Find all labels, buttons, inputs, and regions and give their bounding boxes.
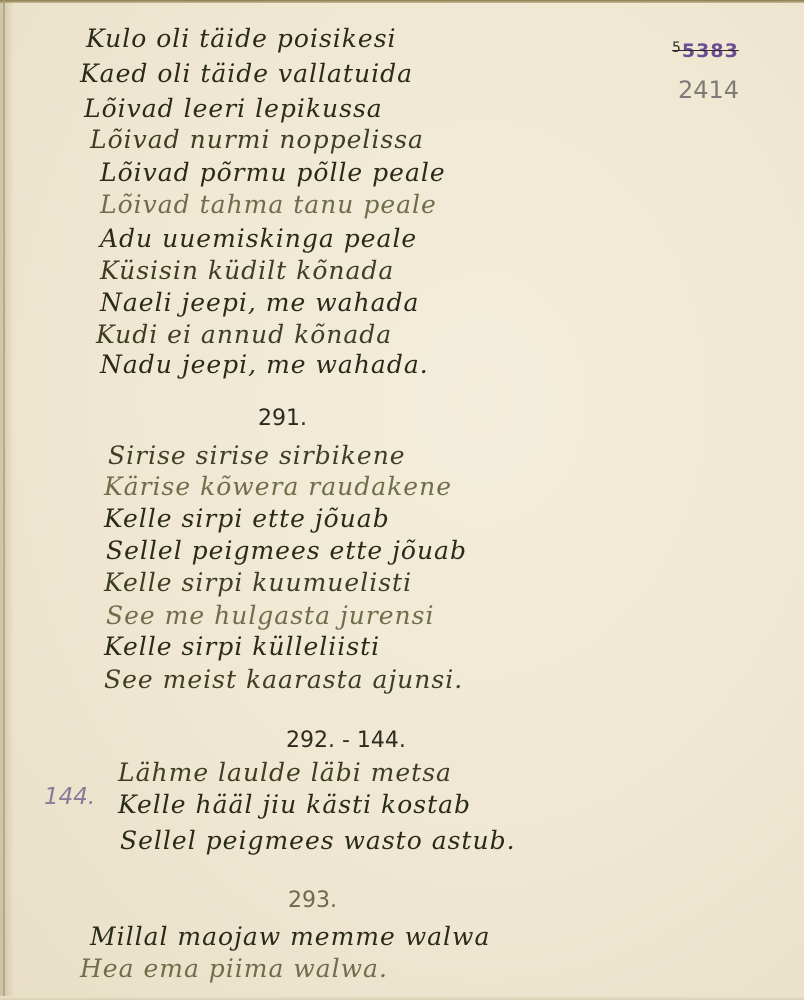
page-bottom-edge: [0, 996, 804, 1000]
verse-line: Küsisin küdilt kõnada: [100, 256, 394, 285]
verse-line: Kelle sirpi ette jõuab: [104, 504, 390, 533]
verse-line: Lõivad leeri lepikussa: [84, 94, 383, 123]
margin-note: 144.: [44, 784, 95, 810]
catalog-number: 2414: [678, 76, 739, 104]
verse-line: Lõivad tahma tanu peale: [100, 190, 437, 219]
verse-line: Sirise sirise sirbikene: [108, 441, 406, 470]
manuscript-page: 55383 2414 Kulo oli täide poisikesi Kaed…: [0, 0, 804, 1000]
verse-line: Kelle sirpi külleliisti: [104, 632, 380, 661]
song-number: 293.: [288, 888, 337, 913]
verse-line: Millal maojaw memme walwa: [90, 922, 490, 951]
verse-line: Adu uuemiskinga peale: [100, 224, 417, 253]
verse-line: Lõivad nurmi noppelissa: [90, 125, 424, 154]
verse-line: Kudi ei annud kõnada: [96, 320, 392, 349]
stamp-number: 5383: [682, 40, 739, 62]
verse-line: Hea ema piima walwa.: [80, 954, 388, 983]
verse-line: Sellel peigmees ette jõuab: [106, 536, 467, 565]
verse-line: Kärise kõwera raudakene: [104, 472, 452, 501]
archive-stamp-struck: 55383: [672, 40, 739, 62]
verse-line: Kelle sirpi kuumuelisti: [104, 568, 412, 597]
song-number: 291.: [258, 406, 307, 431]
verse-line: Lähme laulde läbi metsa: [118, 758, 452, 787]
verse-line: Naeli jeepi, me wahada: [100, 288, 419, 317]
binding-edge: [3, 0, 5, 1000]
verse-line: Kulo oli täide poisikesi: [86, 24, 397, 53]
verse-line: Nadu jeepi, me wahada.: [100, 350, 429, 379]
song-number: 292. - 144.: [286, 728, 406, 753]
verse-line: See meist kaarasta ajunsi.: [104, 665, 463, 694]
verse-line: Sellel peigmees wasto astub.: [120, 826, 516, 855]
stamp-prefix: 5: [672, 40, 682, 56]
verse-line: Lõivad põrmu põlle peale: [100, 158, 446, 187]
verse-line: Kelle hääl jiu kästi kostab: [118, 790, 471, 819]
verse-line: See me hulgasta jurensi: [106, 601, 434, 630]
verse-line: Kaed oli täide vallatuida: [80, 59, 413, 88]
page-top-edge: [0, 0, 804, 3]
